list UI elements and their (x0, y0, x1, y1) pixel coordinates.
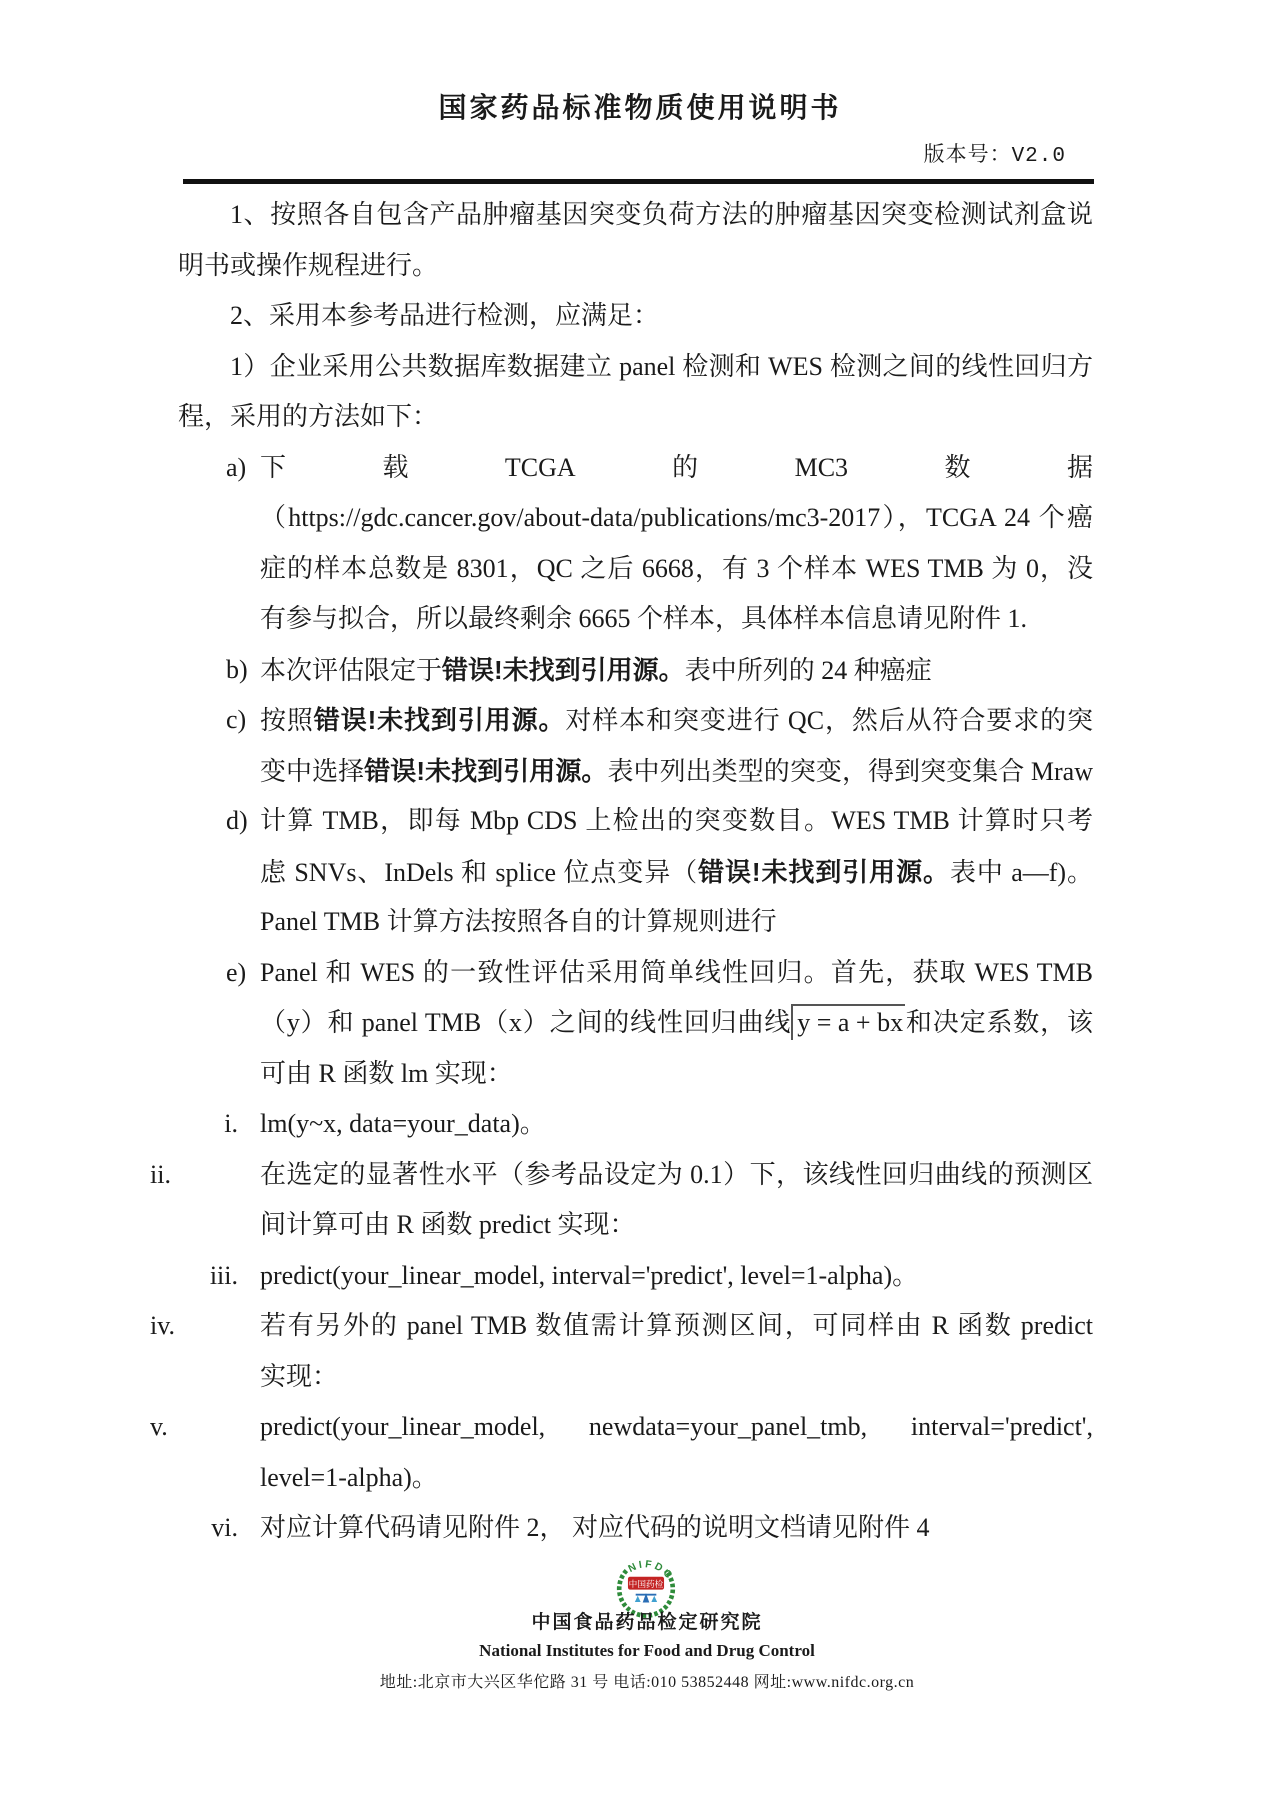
body-line: Panel TMB 计算方法按照各自的计算规则进行 (0, 897, 1280, 948)
document-body: 1、按照各自包含产品肿瘤基因突变负荷方法的肿瘤基因突变检测试剂盒说 明书或操作规… (0, 190, 1280, 1554)
text-run: 表中 a—f)。 (950, 858, 1093, 887)
error-ref-text: 错误!未找到引用源。 (364, 756, 607, 786)
body-line-roman-iv: iv.若有另外的 panel TMB 数值需计算预测区间，可同样由 R 函数 p… (0, 1301, 1280, 1352)
word: MC3 (795, 443, 848, 494)
roman-label: ii. (150, 1150, 238, 1201)
body-line: （https://gdc.cancer.gov/about-data/publi… (0, 493, 1280, 544)
text-run: 若有另外的 panel TMB 数值需计算预测区间，可同样由 R 函数 pred… (260, 1311, 1093, 1340)
body-line: 可由 R 函数 lm 实现： (0, 1049, 1280, 1100)
body-line: 实现： (0, 1352, 1280, 1403)
text-run: 在选定的显著性水平（参考品设定为 0.1）下，该线性回归曲线的预测区 (260, 1160, 1093, 1189)
body-line-roman-v: v.predict(your_linear_model, newdata=you… (0, 1402, 1280, 1453)
body-line-roman-ii: ii.在选定的显著性水平（参考品设定为 0.1）下，该线性回归曲线的预测区 (0, 1150, 1280, 1201)
body-line: 2、采用本参考品进行检测，应满足： (0, 291, 1280, 342)
text-run: predict(your_linear_model, newdata=your_… (260, 1412, 1093, 1441)
text-run: 表中所列的 24 种癌症 (685, 656, 932, 685)
list-label: d) (226, 796, 248, 847)
list-label: c) (226, 695, 246, 746)
text-run: 本次评估限定于 (260, 656, 442, 685)
roman-label: iv. (150, 1301, 238, 1352)
body-line-equation: （y）和 panel TMB（x）之间的线性回归曲线y = a + bx和决定系… (0, 998, 1280, 1049)
text-run: 对样本和突变进行 QC，然后从符合要求的突 (565, 706, 1093, 735)
header-divider (183, 179, 1094, 184)
text-run: 计算 TMB，即每 Mbp CDS 上检出的突变数目。WES TMB 计算时只考 (260, 806, 1093, 835)
document-title: 国家药品标准物质使用说明书 (0, 86, 1280, 126)
body-line-lettered-a: a) 下 载 TCGA 的 MC3 数 据 (0, 443, 1280, 494)
word: TCGA (505, 443, 576, 494)
body-line: 有参与拟合，所以最终剩余 6665 个样本，具体样本信息请见附件 1. (0, 594, 1280, 645)
word: 下 (260, 443, 286, 494)
list-label: e) (226, 948, 246, 999)
roman-label: vi. (150, 1503, 238, 1554)
body-line: 症的样本总数是 8301，QC 之后 6668，有 3 个样本 WES TMB … (0, 544, 1280, 595)
body-line-roman-i: i.lm(y~x, data=your_data)。 (0, 1099, 1280, 1150)
body-line: 虑 SNVs、InDels 和 splice 位点变异（错误!未找到引用源。表中… (0, 847, 1280, 898)
body-line: 明书或操作规程进行。 (0, 241, 1280, 292)
body-line: 变中选择错误!未找到引用源。表中列出类型的突变，得到突变集合 Mraw (0, 746, 1280, 797)
body-line-lettered-e: e)Panel 和 WES 的一致性评估采用简单线性回归。首先，获取 WES T… (0, 948, 1280, 999)
word: 据 (1067, 443, 1093, 494)
word: 的 (672, 443, 698, 494)
text-run: （y）和 panel TMB（x）之间的线性回归曲线 (260, 1008, 791, 1037)
body-line-lettered-c: c)按照错误!未找到引用源。对样本和突变进行 QC，然后从符合要求的突 (0, 695, 1280, 746)
body-line-lettered-d: d)计算 TMB，即每 Mbp CDS 上检出的突变数目。WES TMB 计算时… (0, 796, 1280, 847)
address-line: 地址:北京市大兴区华佗路 31 号 电话:010 53852448 网址:www… (0, 1669, 1280, 1692)
body-line-roman-iii: iii.predict(your_linear_model, interval=… (0, 1251, 1280, 1302)
body-line: 间计算可由 R 函数 predict 实现： (0, 1200, 1280, 1251)
text-run: 按照 (260, 706, 314, 735)
text-run: lm(y~x, data=your_data)。 (260, 1109, 546, 1138)
document-page: 国家药品标准物质使用说明书 版本号：V2.0 1、按照各自包含产品肿瘤基因突变负… (0, 0, 1280, 1809)
institute-name-cn: 中国食品药品检定研究院 (0, 1607, 1280, 1634)
error-ref-text: 错误!未找到引用源。 (698, 857, 950, 887)
text-run: 表中列出类型的突变，得到突变集合 Mraw (607, 757, 1093, 786)
error-ref-text: 错误!未找到引用源。 (442, 655, 685, 685)
scales-left-pan-icon (635, 1596, 641, 1602)
text-run: 对应计算代码请见附件 2， 对应代码的说明文档请见附件 4 (260, 1513, 930, 1542)
institute-name-en: National Institutes for Food and Drug Co… (0, 1641, 1280, 1661)
error-ref-text: 错误!未找到引用源。 (314, 705, 566, 735)
body-line: 1、按照各自包含产品肿瘤基因突变负荷方法的肿瘤基因突变检测试剂盒说 (0, 190, 1280, 241)
list-label: a) (226, 443, 246, 494)
text-run: predict(your_linear_model, interval='pre… (260, 1261, 918, 1290)
body-line-roman-vi: vi.对应计算代码请见附件 2， 对应代码的说明文档请见附件 4 (0, 1503, 1280, 1554)
version-label: 版本号：V2.0 (924, 138, 1066, 168)
text-run: 虑 SNVs、InDels 和 splice 位点变异（ (260, 858, 698, 887)
logo-badge-text: 中国药检 (629, 1578, 664, 1589)
text-run: 变中选择 (260, 757, 364, 786)
scales-right-pan-icon (651, 1596, 657, 1602)
body-line: level=1-alpha)。 (0, 1453, 1280, 1504)
list-label: b) (226, 645, 248, 696)
text-run: Panel 和 WES 的一致性评估采用简单线性回归。首先，获取 WES TMB (260, 958, 1093, 987)
justified-words: 下 载 TCGA 的 MC3 数 据 (260, 443, 1093, 494)
word: 数 (944, 443, 970, 494)
roman-label: i. (150, 1099, 238, 1150)
body-line: 程，采用的方法如下： (0, 392, 1280, 443)
roman-label: iii. (150, 1251, 238, 1302)
body-line-lettered-b: b)本次评估限定于错误!未找到引用源。表中所列的 24 种癌症 (0, 645, 1280, 696)
body-line: 1）企业采用公共数据库数据建立 panel 检测和 WES 检测之间的线性回归方 (0, 342, 1280, 393)
word: 载 (382, 443, 408, 494)
equation-box: y = a + bx (791, 1004, 905, 1040)
roman-label: v. (150, 1402, 238, 1453)
